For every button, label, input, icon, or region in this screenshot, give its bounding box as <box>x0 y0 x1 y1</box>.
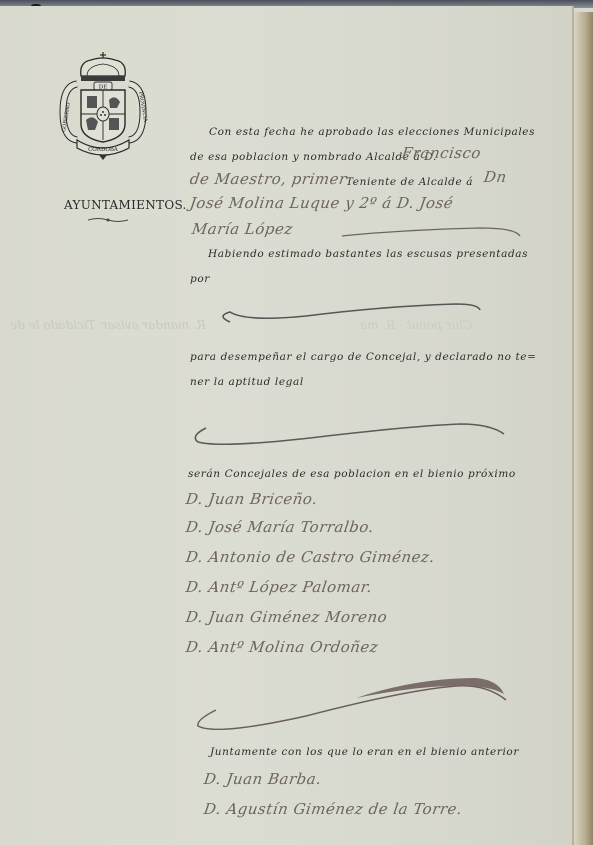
printed-line-8: serán Concejales de esa poblacion en el … <box>188 468 516 480</box>
councillor-entry: D. Antº López Palomar. <box>185 578 374 596</box>
printed-line-6: para desempeñar el cargo de Concejal, y … <box>190 351 537 363</box>
councillor-entry: D. Juan Giménez Moreno <box>185 608 389 626</box>
handwritten-alcalde-cont: de Maestro, primer <box>189 170 348 188</box>
printed-line-1: Con esta fecha he aprobado las eleccione… <box>209 126 535 138</box>
coat-of-arms-emblem: DE GOBIERNO PROVINCIA CORDOBA <box>57 52 149 160</box>
councillor-entry: D. Juan Briceño. <box>185 490 319 508</box>
councillor-entry: D. Antonio de Castro Giménez. <box>185 548 436 566</box>
printed-line-7: ner la aptitud legal <box>190 376 304 388</box>
previous-councillor-entry: D. Agustín Giménez de la Torre. <box>203 800 464 818</box>
handwritten-teniente-cont: María López <box>191 220 294 238</box>
previous-councillor-entry: D. Juan Barba. <box>203 770 323 788</box>
printed-line-9: Juntamente con los que lo eran en el bie… <box>210 746 519 758</box>
councillor-entry: D. José María Torralbo. <box>185 518 376 536</box>
handwritten-alcalde-name: Francisco <box>401 144 483 162</box>
printed-flourish-2 <box>190 414 510 454</box>
label-flourish <box>88 217 128 223</box>
handwritten-flourish-line <box>340 224 540 244</box>
printed-line-4: Habiendo estimado bastantes las escusas … <box>208 248 528 260</box>
printed-line-3: Teniente de Alcalde á <box>346 176 473 188</box>
department-label: AYUNTAMIENTOS. <box>64 198 187 212</box>
handwritten-teniente-prefix: Dn <box>483 168 508 186</box>
svg-text:PROVINCIA: PROVINCIA <box>137 91 148 122</box>
councillor-entry: D. Antº Molina Ordoñez <box>185 638 380 656</box>
bleed-through-text: R. mandar avisar. Ticidado le de <box>10 318 206 332</box>
printed-flourish-1 <box>216 298 486 332</box>
printed-line-5: por <box>190 273 210 285</box>
page-edge-line <box>572 6 574 845</box>
printed-flourish-3 <box>186 664 526 734</box>
handwritten-teniente-name: José Molina Luque y 2º á D. José <box>189 194 455 212</box>
document-page: R. mandar avisar. Ticidado le de Ciur po… <box>0 6 572 845</box>
svg-text:CORDOBA: CORDOBA <box>88 147 119 153</box>
